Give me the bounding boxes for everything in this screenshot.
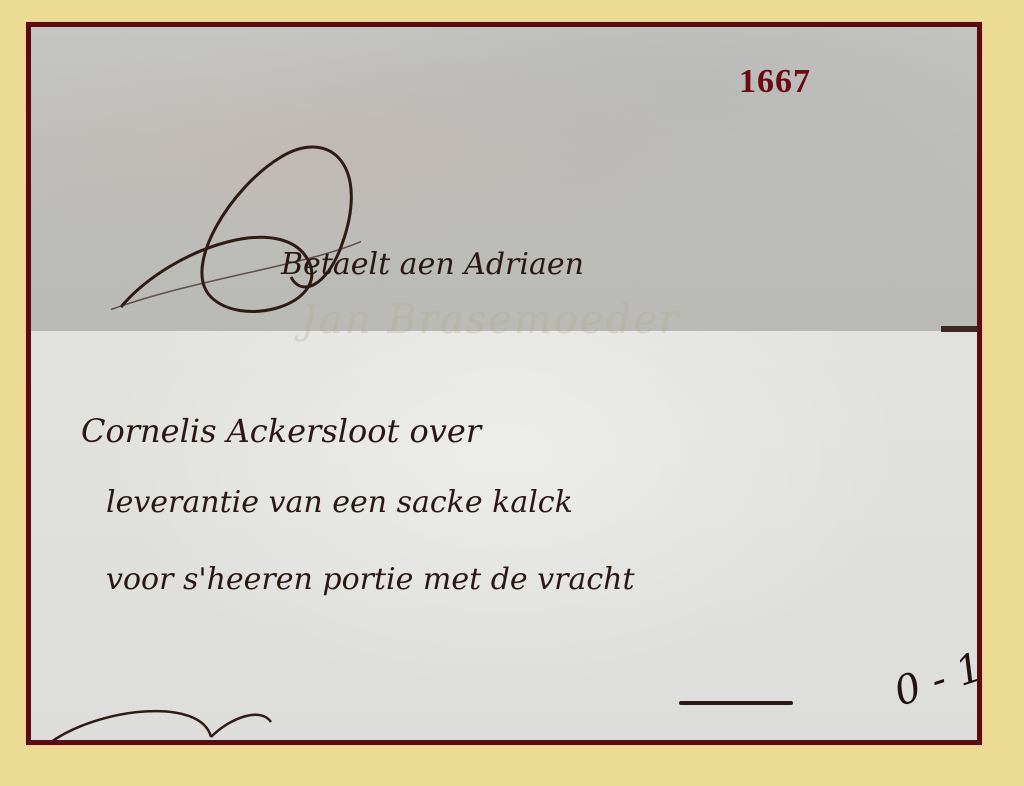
year-label: 1667 — [739, 63, 811, 101]
text-line-1: Cornelis Ackersloot over — [81, 412, 481, 450]
split-marker — [941, 326, 977, 332]
text-line-3: voor s'heeren portie met de vracht — [106, 562, 635, 597]
heading-line: Betaelt aen Adriaen — [281, 247, 584, 282]
text-line-2: leverantie van een sacke kalck — [106, 485, 573, 520]
bottom-flourish-icon — [41, 687, 281, 745]
amount-dash — [679, 701, 793, 705]
document-frame: 1667 Jan Brasemoeder Betaelt aen Adriaen… — [26, 22, 982, 745]
lower-manuscript-fragment — [31, 331, 977, 740]
watermark: Jan Brasemoeder — [301, 297, 680, 343]
